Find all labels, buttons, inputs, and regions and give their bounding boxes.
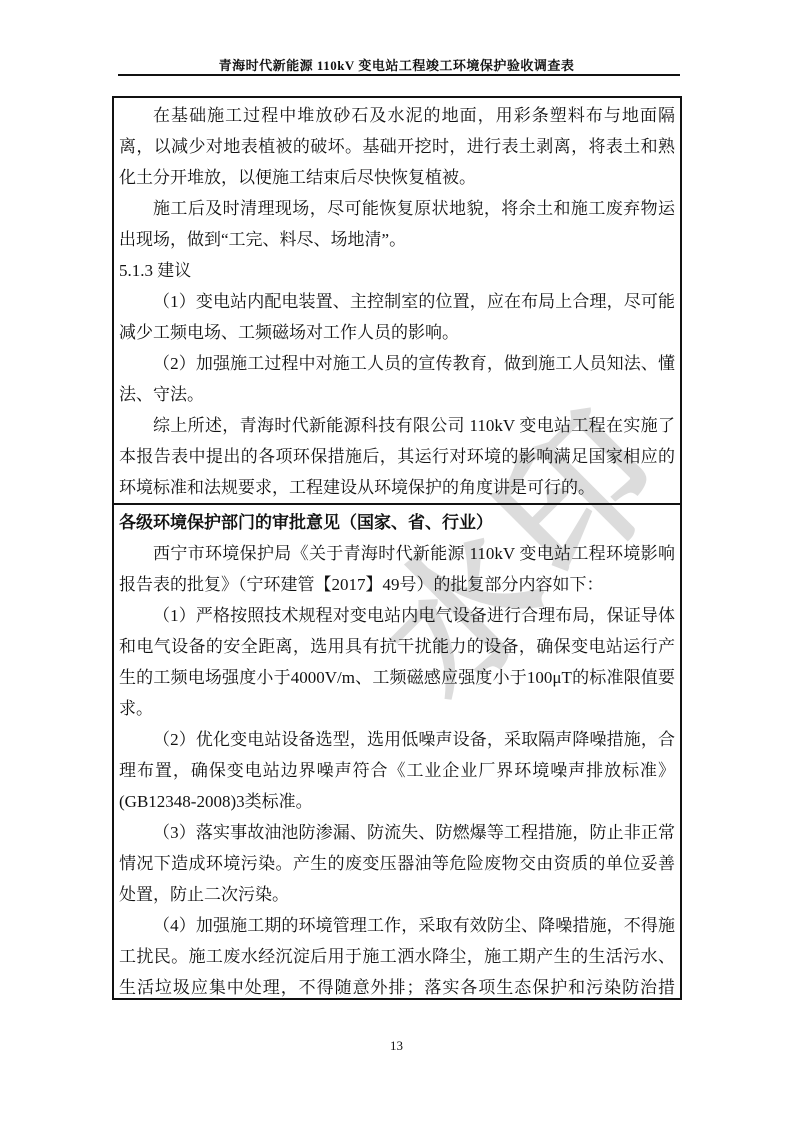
header-divider-line	[118, 74, 680, 76]
subsection-heading: 5.1.3 建议	[119, 255, 675, 286]
page-header-title: 青海时代新能源 110kV 变电站工程竣工环境保护验收调查表	[0, 55, 793, 74]
paragraph: （3）落实事故油池防渗漏、防流失、防燃爆等工程措施，防止非正常情况下造成环境污染…	[119, 817, 675, 910]
document-page: 水印 青海时代新能源 110kV 变电站工程竣工环境保护验收调查表 在基础施工过…	[0, 0, 793, 1122]
paragraph: （1）严格按照技术规程对变电站内电气设备进行合理布局，保证导体和电气设备的安全距…	[119, 600, 675, 724]
table-row-approval-opinions: 各级环境保护部门的审批意见（国家、省、行业） 西宁市环境保护局《关于青海时代新能…	[114, 503, 680, 998]
page-number: 13	[0, 1038, 793, 1054]
paragraph: （2）优化变电站设备选型，选用低噪声设备，采取隔声降噪措施，合理布置，确保变电站…	[119, 724, 675, 817]
paragraph: 在基础施工过程中堆放砂石及水泥的地面，用彩条塑料布与地面隔离，以减少对地表植被的…	[119, 100, 675, 193]
paragraph: （1）变电站内配电装置、主控制室的位置，应在布局上合理，尽可能减少工频电场、工频…	[119, 286, 675, 348]
content-table: 在基础施工过程中堆放砂石及水泥的地面，用彩条塑料布与地面隔离，以减少对地表植被的…	[112, 96, 682, 1000]
paragraph: （4）加强施工期的环境管理工作，采取有效防尘、降噪措施，不得施工扰民。施工废水经…	[119, 910, 675, 998]
paragraph: 综上所述，青海时代新能源科技有限公司 110kV 变电站工程在实施了本报告表中提…	[119, 410, 675, 503]
section-heading-approval-opinions: 各级环境保护部门的审批意见（国家、省、行业）	[119, 507, 675, 538]
paragraph: （2）加强施工过程中对施工人员的宣传教育，做到施工人员知法、懂法、守法。	[119, 348, 675, 410]
table-row-measures: 在基础施工过程中堆放砂石及水泥的地面，用彩条塑料布与地面隔离，以减少对地表植被的…	[114, 98, 680, 503]
paragraph: 施工后及时清理现场，尽可能恢复原状地貌，将余土和施工废弃物运出现场，做到“工完、…	[119, 193, 675, 255]
paragraph: 西宁市环境保护局《关于青海时代新能源 110kV 变电站工程环境影响报告表的批复…	[119, 538, 675, 600]
